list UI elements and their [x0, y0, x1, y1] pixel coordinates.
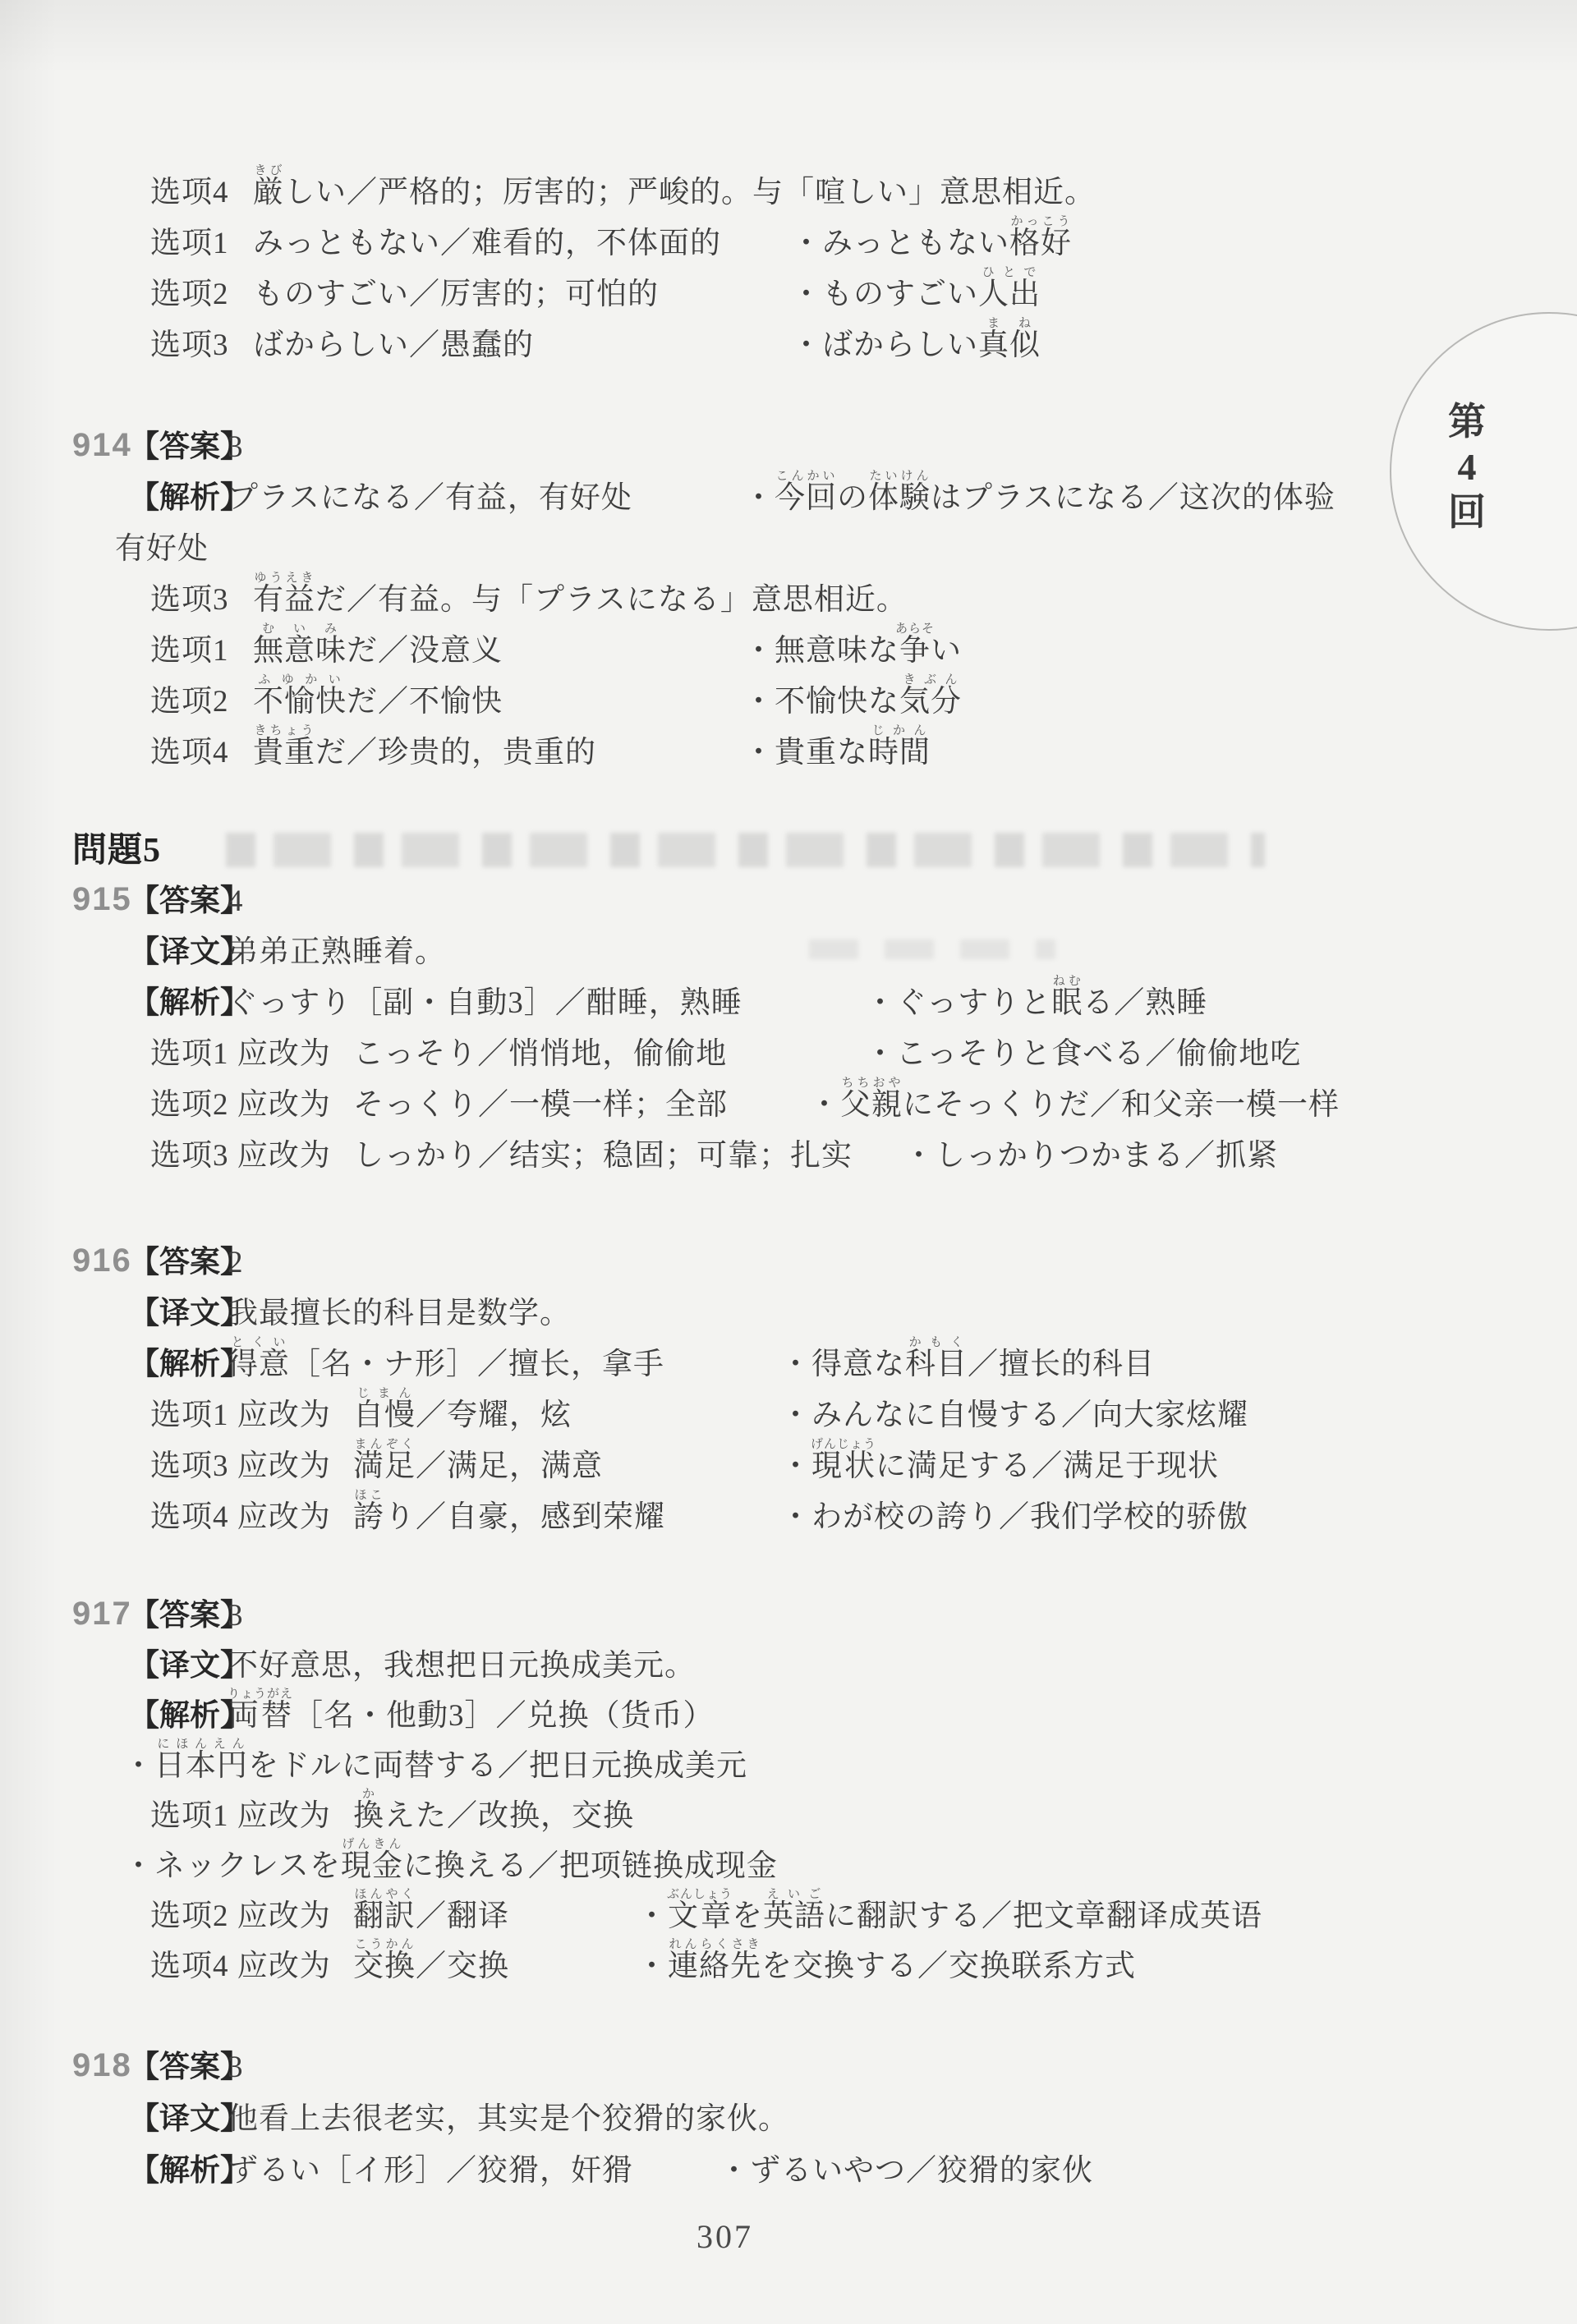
option-line: 选项4 貴重きちょうだ／珍贵的，贵重的 ・貴重な時間じかん [0, 720, 1577, 771]
option-definition: 交換こうかん／交换 [353, 1938, 509, 1983]
example-phrase: ・しっかりつかまる／抓紧 [903, 1141, 1278, 1173]
option-label: 选项1 应改为 [150, 1400, 331, 1432]
example-phrase: ・ぐっすりと眠ねむる／熟睡 [865, 975, 1207, 1020]
option-definition: こっそり／悄悄地，偷偷地 [353, 1039, 727, 1071]
translation-text: 弟弟正熟睡着。 [228, 937, 446, 969]
option-definition: 不愉快ふゆかいだ／不愉快 [253, 673, 503, 719]
answer-value: 2 [228, 1247, 244, 1279]
volume-tab: 第 4 回 [1442, 399, 1492, 535]
answer-line: 916 【答案】 2 [0, 1230, 1577, 1281]
analysis-line: 【解析】 ぐっすり［副・自動3］／酣睡，熟睡 ・ぐっすりと眠ねむる／熟睡 [0, 971, 1577, 1022]
bleed-through-smudge [226, 833, 1265, 867]
option-definition: しっかり／结实；稳固；可靠；扎实 [353, 1141, 853, 1173]
option-label: 选项4 [150, 177, 229, 209]
option-line: 选项1 みっともない／难看的，不体面的 ・みっともない格好かっこう [0, 211, 1577, 262]
option-definition: 厳きびしい／严格的；厉害的；严峻的。与「喧しい」意思相近。 [253, 164, 1096, 209]
example-phrase: ・みっともない格好かっこう [791, 215, 1072, 260]
answer-value: 3 [228, 1601, 244, 1633]
option-definition: みっともない／难看的，不体面的 [253, 228, 721, 260]
option-label: 选项2 [150, 687, 229, 719]
option-label: 选项2 应改为 [150, 1901, 331, 1933]
example-phrase: ・無意味な争あらそい [743, 622, 962, 668]
option-line: 选项2 不愉快ふゆかいだ／不愉快 ・不愉快な気分きぶん [0, 669, 1577, 720]
answer-line: 914 【答案】 3 [0, 415, 1577, 466]
page-number: 307 [697, 2217, 753, 2256]
answer-value: 3 [228, 432, 244, 464]
option-definition: 満足まんぞく／满足，满意 [353, 1438, 603, 1483]
option-label: 选项3 [150, 585, 229, 617]
analysis-line: 【解析】 両替りょうがえ［名・他動3］／兑换（货币） [0, 1683, 1577, 1734]
option-line: 选项3 应改为 満足まんぞく／满足，满意 ・現状げんじょうに満足する／满足于现状 [0, 1434, 1577, 1485]
answer-line: 918 【答案】 3 [0, 2035, 1577, 2086]
option-label: 选项2 应改为 [150, 1090, 331, 1122]
translation-text: 他看上去很老实，其实是个狡猾的家伙。 [228, 2104, 789, 2136]
analysis-definition: ぐっすり［副・自動3］／酣睡，熟睡 [228, 988, 743, 1020]
example-line: ・ネックレスを現金げんきんに換える／把项链换成现金 [0, 1834, 1577, 1885]
continuation-line: 有好处 [0, 517, 1577, 567]
translation-line: 【译文】 他看上去很老实，其实是个狡猾的家伙。 [0, 2087, 1577, 2138]
example-phrase: ・みんなに自慢する／向大家炫耀 [780, 1400, 1248, 1432]
translation-line: 【译文】 不好意思，我想把日元换成美元。 [0, 1633, 1577, 1684]
option-line: 选项3 应改为 しっかり／结实；稳固；可靠；扎实 ・しっかりつかまる／抓紧 [0, 1123, 1577, 1174]
option-line: 选项2 ものすごい／厉害的；可怕的 ・ものすごい人出ひとで [0, 262, 1577, 313]
option-definition: ものすごい／厉害的；可怕的 [253, 279, 659, 311]
problem-header: 問題5 [72, 823, 161, 872]
option-line: 选项1 应改为 自慢じまん／夸耀，炫 ・みんなに自慢する／向大家炫耀 [0, 1383, 1577, 1434]
option-line: 选项1 应改为 こっそり／悄悄地，偷偷地 ・こっそりと食べる／偷偷地吃 [0, 1022, 1577, 1072]
translation-text: 我最擅长的科目是数学。 [228, 1298, 571, 1330]
option-definition: ばからしい／愚蠢的 [253, 330, 534, 362]
answer-value: 4 [228, 886, 244, 918]
answer-value: 3 [228, 2052, 244, 2084]
example-phrase: ・父親ちちおやにそっくりだ／和父亲一模一样 [809, 1077, 1340, 1122]
option-line: 选项4 厳きびしい／严格的；厉害的；严峻的。与「喧しい」意思相近。 [0, 160, 1577, 211]
option-line: 选项1 应改为 換かえた／改换，交换 [0, 1784, 1577, 1835]
item-number: 914 [72, 428, 132, 462]
example-phrase: ・こっそりと食べる／偷偷地吃 [865, 1039, 1301, 1071]
item-number: 918 [72, 2048, 132, 2083]
option-label: 选项3 应改为 [150, 1141, 331, 1173]
answer-line: 915 【答案】 4 [0, 869, 1577, 920]
example-phrase: ・現状げんじょうに満足する／满足于现状 [780, 1438, 1219, 1483]
option-label: 选项4 [150, 737, 229, 769]
option-definition: 翻訳ほんやく／翻译 [353, 1888, 509, 1933]
item-number: 917 [72, 1596, 132, 1631]
translation-text: 不好意思，我想把日元换成美元。 [228, 1651, 696, 1683]
example-phrase: ・ずるいやつ／狡猾的家伙 [719, 2156, 1093, 2188]
option-definition: 換かえた／改换，交换 [353, 1788, 634, 1833]
option-line: 选项1 無意味むいみだ／没意义 ・無意味な争あらそい [0, 618, 1577, 669]
option-definition: 自慢じまん／夸耀，炫 [353, 1387, 572, 1432]
book-page: 选项4 厳きびしい／严格的；厉害的；严峻的。与「喧しい」意思相近。 选项1 みっ… [0, 0, 1577, 2324]
volume-tab-char: 回 [1442, 489, 1492, 535]
example-phrase: ・貴重な時間じかん [743, 724, 931, 769]
option-label: 选项3 [150, 330, 229, 362]
volume-tab-char: 4 [1442, 444, 1492, 489]
answer-line: 917 【答案】 3 [0, 1583, 1577, 1634]
option-definition: 誇ほこり／自豪，感到荣耀 [353, 1489, 665, 1534]
option-definition: 有益ゆうえきだ／有益。与「プラスになる」意思相近。 [253, 572, 908, 617]
option-definition: 無意味むいみだ／没意义 [253, 622, 503, 668]
option-definition: そっくり／一模一样；全部 [353, 1090, 728, 1122]
example-phrase: ・ネックレスを現金げんきんに換える／把项链换成现金 [123, 1838, 778, 1883]
analysis-definition: ずるい［イ形］／狡猾，奸猾 [228, 2156, 633, 2188]
analysis-line: 【解析】 ずるい［イ形］／狡猾，奸猾 ・ずるいやつ／狡猾的家伙 [0, 2138, 1577, 2189]
option-label: 选项4 应改为 [150, 1951, 331, 1983]
continuation-text: 有好处 [115, 534, 209, 566]
example-phrase: ・ばからしい真似まね [791, 317, 1041, 362]
option-line: 选项3 有益ゆうえきだ／有益。与「プラスになる」意思相近。 [0, 567, 1577, 618]
option-line: 选项4 应改为 交換こうかん／交换 ・連絡先れんらくさきを交換する／交换联系方式 [0, 1934, 1577, 1985]
translation-line: 【译文】 弟弟正熟睡着。 [0, 920, 1577, 971]
item-number: 916 [72, 1243, 132, 1278]
option-label: 选项1 应改为 [150, 1801, 331, 1833]
example-phrase: ・わが校の誇り／我们学校的骄傲 [780, 1502, 1248, 1534]
option-label: 选项3 应改为 [150, 1451, 331, 1483]
translation-line: 【译文】 我最擅长的科目是数学。 [0, 1281, 1577, 1332]
volume-tab-char: 第 [1442, 399, 1492, 444]
example-phrase: ・不愉快な気分きぶん [743, 673, 962, 719]
option-line: 选项2 应改为 翻訳ほんやく／翻译 ・文章ぶんしょうを英語えいごに翻訳する／把文… [0, 1884, 1577, 1935]
option-label: 选项1 应改为 [150, 1039, 331, 1071]
example-phrase: ・日本円にほんえんをドルに両替する／把日元换成美元 [123, 1738, 747, 1783]
example-phrase: ・連絡先れんらくさきを交換する／交换联系方式 [637, 1938, 1136, 1983]
analysis-line: 【解析】 プラスになる／有益，有好处 ・今回こんかいの体験たいけんはプラスになる… [0, 466, 1577, 517]
example-phrase: ・ものすごい人出ひとで [791, 266, 1041, 311]
option-label: 选项2 [150, 279, 229, 311]
example-phrase: ・文章ぶんしょうを英語えいごに翻訳する／把文章翻译成英语 [637, 1888, 1262, 1933]
analysis-definition: プラスになる／有益，有好处 [228, 483, 632, 515]
option-line: 选项3 ばからしい／愚蠢的 ・ばからしい真似まね [0, 313, 1577, 364]
option-line: 选项4 应改为 誇ほこり／自豪，感到荣耀 ・わが校の誇り／我们学校的骄傲 [0, 1485, 1577, 1536]
analysis-definition: 得意とくい［名・ナ形］／擅长，拿手 [228, 1336, 664, 1381]
analysis-line: 【解析】 得意とくい［名・ナ形］／擅长，拿手 ・得意な科目かもく／擅长的科目 [0, 1332, 1577, 1383]
example-line: ・日本円にほんえんをドルに両替する／把日元换成美元 [0, 1734, 1577, 1784]
analysis-definition: 両替りょうがえ［名・他動3］／兑换（货币） [228, 1688, 715, 1733]
option-label: 选项1 [150, 636, 229, 668]
option-label: 选项1 [150, 228, 229, 260]
item-number: 915 [72, 882, 132, 916]
option-definition: 貴重きちょうだ／珍贵的，贵重的 [253, 724, 596, 769]
example-phrase: ・得意な科目かもく／擅长的科目 [780, 1336, 1155, 1381]
option-line: 选项2 应改为 そっくり／一模一样；全部 ・父親ちちおやにそっくりだ／和父亲一模… [0, 1072, 1577, 1123]
option-label: 选项4 应改为 [150, 1502, 331, 1534]
example-phrase: ・今回こんかいの体験たいけんはプラスになる／这次的体验 [743, 470, 1336, 515]
